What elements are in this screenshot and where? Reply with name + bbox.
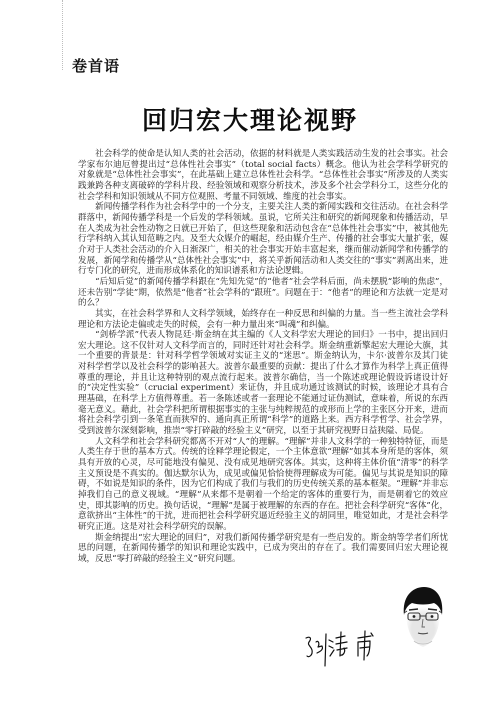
paragraph: 其实，在社会科学界和人文科学领域，始终存在一种反思和纠偏的力量。当一些主流社会学… bbox=[78, 309, 448, 330]
paragraph: “剑桥学派”代表人物昆廷·斯金纳在其主编的《人文科学宏大理论的回归》一书中，提出… bbox=[78, 330, 448, 437]
paragraph: 社会科学的使命是认知人类的社会活动，依据的材料就是人类实践活动生发的社会事实。社… bbox=[78, 149, 448, 202]
article-body: 社会科学的使命是认知人类的社会活动，依据的材料就是人类实践活动生发的社会事实。社… bbox=[78, 149, 448, 565]
page-title: 回归宏大理论视野 bbox=[0, 101, 500, 137]
paragraph: “后知后觉”的新闻传播学科跟在“先知先觉”的“他者”社会学科后面，尚未摆脱“影响… bbox=[78, 277, 448, 309]
paragraph: 斯金纳提出“宏大理论的回归”，对我们新闻传播学研究是有一些启发的。斯金纳等学者们… bbox=[78, 533, 448, 565]
margin-dotted-rule bbox=[62, 0, 63, 70]
section-label: 卷首语 bbox=[72, 55, 120, 76]
paragraph: 人文科学和社会学科研究都离不开对“人”的理解。“理解”并非人文科学的一种独特特征… bbox=[78, 437, 448, 533]
author-signature bbox=[303, 626, 403, 671]
paragraph: 新闻传播学科作为社会科学中的一个分支，主要关注人类的新闻实践和交往活动。在社会科… bbox=[78, 202, 448, 277]
author-portrait bbox=[398, 585, 448, 651]
